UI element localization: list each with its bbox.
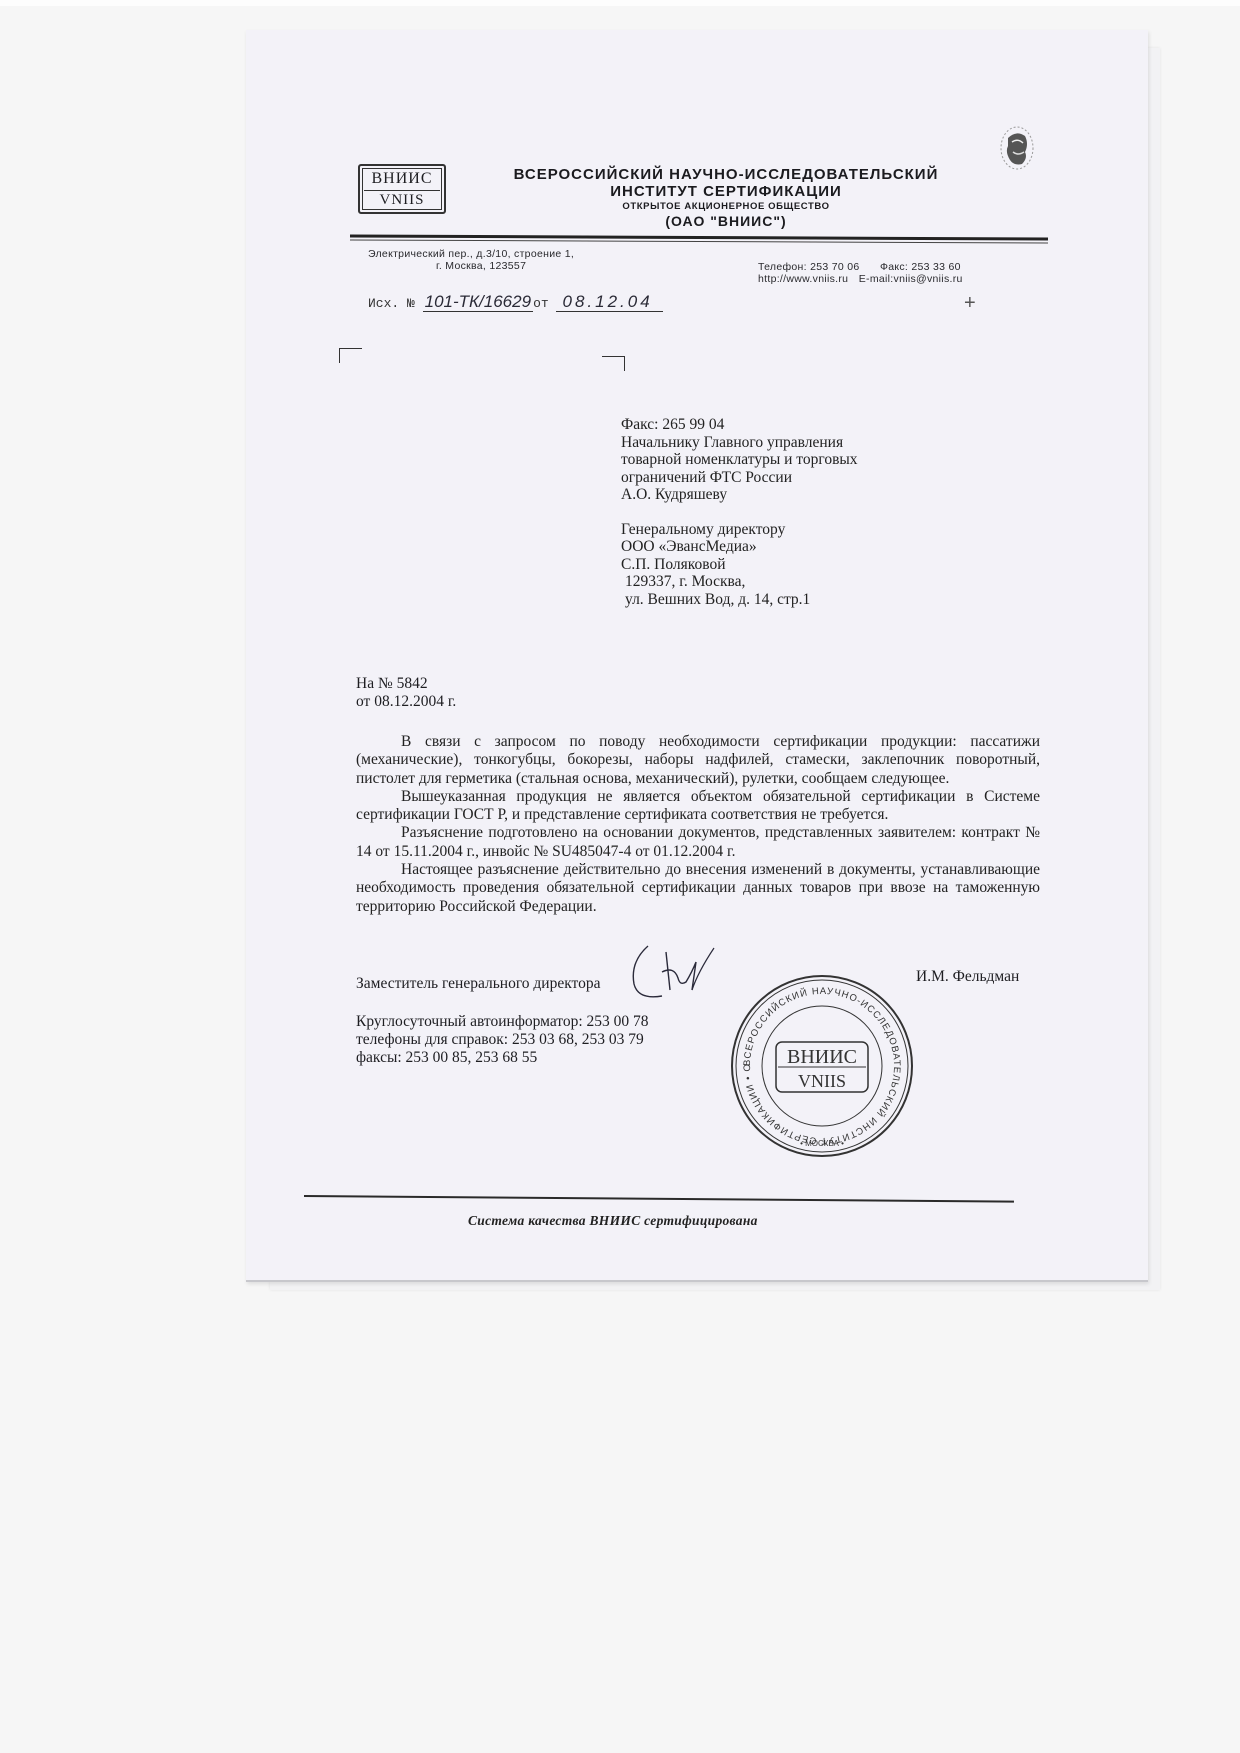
- body-paragraph: Разъяснение подготовлено на основании до…: [356, 824, 1040, 861]
- recipient-2-line: 129337, г. Москва,: [621, 573, 858, 591]
- address-city: г. Москва, 123557: [368, 260, 574, 272]
- logo-cyrillic: ВНИИС: [364, 168, 440, 191]
- signer-name: И.М. Фельдман: [916, 968, 1019, 986]
- body-paragraph: Настоящее разъяснение действительно до в…: [356, 861, 1040, 916]
- institute-name-line2: ИНСТИТУТ СЕРТИФИКАЦИИ: [446, 183, 1006, 200]
- body-paragraph: В связи с запросом по поводу необходимос…: [356, 733, 1040, 788]
- institute-fax: Факс: 253 33 60: [880, 261, 961, 273]
- institute-email[interactable]: E-mail:vniis@vniis.ru: [859, 273, 963, 285]
- short-name: (ОАО "ВНИИС"): [446, 213, 1006, 229]
- emblem-icon: [998, 124, 1036, 172]
- recipient-1-line: А.О. Кудряшеву: [621, 486, 858, 504]
- recipient-2-line: Генеральному директору: [621, 521, 858, 539]
- outgoing-number: Исх. № 101-ТК/16629от 08.12.04: [368, 292, 663, 312]
- seal-city: • МОСКВА •: [800, 1139, 844, 1148]
- reference-date: от 08.12.2004 г.: [356, 693, 456, 711]
- scanner-band: [0, 0, 1240, 6]
- logo-latin: VNIIS: [360, 191, 444, 210]
- letter-body: В связи с запросом по поводу необходимос…: [356, 733, 1040, 916]
- outgoing-number-value: 101-ТК/16629: [423, 292, 533, 312]
- handwritten-plus-mark: +: [964, 292, 976, 315]
- outgoing-date: 08.12.04: [556, 292, 662, 312]
- info-phone-line: телефоны для справок: 253 03 68, 253 03 …: [356, 1031, 649, 1049]
- address-corner-right: [602, 356, 625, 371]
- reference-number: На № 5842 от 08.12.2004 г.: [356, 675, 456, 710]
- institute-phone: Телефон: 253 70 06: [758, 261, 860, 273]
- address-corner-left: [339, 348, 362, 363]
- reference-no: На № 5842: [356, 675, 456, 693]
- recipient-2-line: С.П. Поляковой: [621, 556, 858, 574]
- footer-rule: [304, 1195, 1014, 1203]
- seal-center-bottom: VNIIS: [798, 1071, 846, 1091]
- institute-website[interactable]: http://www.vniis.ru: [758, 273, 848, 285]
- info-phone-line: факсы: 253 00 85, 253 68 55: [356, 1049, 649, 1067]
- info-phones: Круглосуточный автоинформатор: 253 00 78…: [356, 1013, 649, 1067]
- letterhead-rule-thin: [350, 239, 1048, 243]
- recipient-2-line: ул. Вешних Вод, д. 14, стр.1: [621, 591, 858, 609]
- institute-name-line1: ВСЕРОССИЙСКИЙ НАУЧНО-ИССЛЕДОВАТЕЛЬСКИЙ: [446, 166, 1006, 183]
- handwritten-signature: [626, 942, 736, 1012]
- recipient-fax: Факс: 265 99 04: [621, 416, 858, 434]
- recipient-2: Генеральному директору ООО «ЭвансМедиа» …: [621, 521, 858, 609]
- letter-page: ВНИИС VNIIS ВСЕРОССИЙСКИЙ НАУЧНО-ИССЛЕДО…: [246, 30, 1148, 1282]
- recipient-1-line: товарной номенклатуры и торговых: [621, 451, 858, 469]
- info-phone-line: Круглосуточный автоинформатор: 253 00 78: [356, 1013, 649, 1031]
- org-form: ОТКРЫТОЕ АКЦИОНЕРНОЕ ОБЩЕСТВО: [446, 201, 1006, 212]
- body-paragraph: Вышеуказанная продукция не является объе…: [356, 788, 1040, 825]
- footer-motto: Система качества ВНИИС сертифицирована: [468, 1213, 758, 1229]
- institute-address: Электрический пер., д.3/10, строение 1, …: [368, 248, 574, 272]
- signer-title: Заместитель генерального директора: [356, 975, 601, 993]
- vniis-logo: ВНИИС VNIIS: [358, 164, 446, 214]
- institute-contacts: Телефон: 253 70 06 Факс: 253 33 60 http:…: [758, 261, 963, 285]
- official-seal: ВСЕРОССИЙСКИЙ НАУЧНО-ИССЛЕДОВАТЕЛЬСКИЙ И…: [726, 970, 918, 1162]
- recipient-1: Начальнику Главного управления товарной …: [621, 434, 858, 504]
- recipient-2-line: ООО «ЭвансМедиа»: [621, 538, 858, 556]
- outgoing-from-label: от: [533, 296, 549, 311]
- address-street: Электрический пер., д.3/10, строение 1,: [368, 248, 574, 260]
- letterhead-title: ВСЕРОССИЙСКИЙ НАУЧНО-ИССЛЕДОВАТЕЛЬСКИЙ И…: [446, 166, 1006, 229]
- recipient-1-line: ограничений ФТС России: [621, 469, 858, 487]
- recipient-1-line: Начальнику Главного управления: [621, 434, 858, 452]
- outgoing-label: Исх. №: [368, 296, 415, 311]
- seal-center-top: ВНИИС: [787, 1046, 857, 1068]
- recipient-block: Факс: 265 99 04 Начальнику Главного упра…: [621, 416, 858, 608]
